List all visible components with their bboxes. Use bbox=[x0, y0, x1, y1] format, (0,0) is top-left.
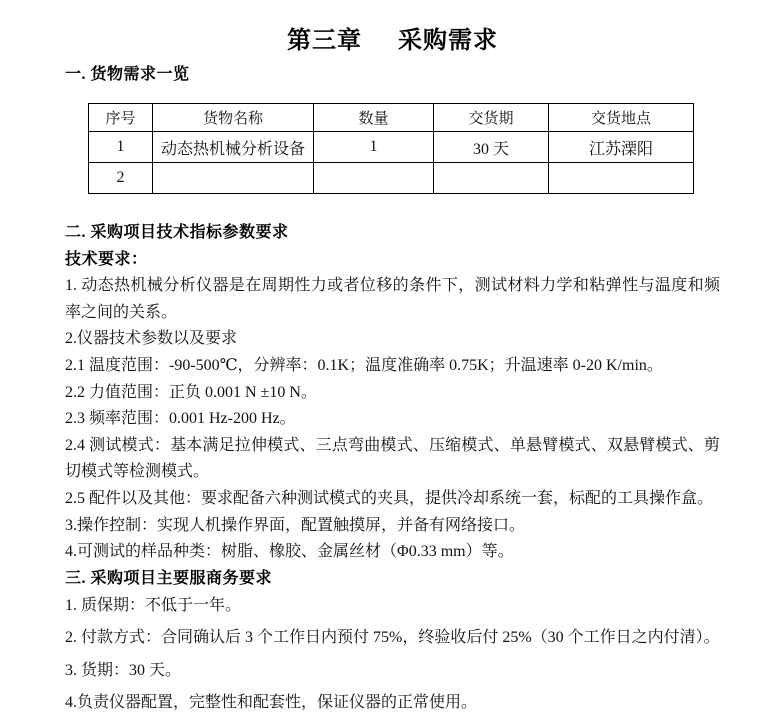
goods-demand-table: 序号 货物名称 数量 交货期 交货地点 1 动态热机械分析设备 1 30 天 江… bbox=[88, 103, 694, 194]
col-header-index: 序号 bbox=[89, 104, 153, 132]
chapter-name: 采购需求 bbox=[398, 24, 498, 58]
tech-item-4: 4.可测试的样品种类：树脂、橡胶、金属丝材（Φ0.33 mm）等。 bbox=[65, 539, 720, 566]
tech-item-2-4: 2.4 测试模式：基本满足拉伸模式、三点弯曲模式、压缩模式、单悬臂模式、双悬臂模… bbox=[65, 433, 720, 486]
cell-quantity bbox=[314, 163, 434, 194]
section3-heading: 三. 采购项目主要服商务要求 bbox=[65, 568, 720, 590]
cell-delivery-period: 30 天 bbox=[434, 132, 549, 163]
col-header-delivery-period: 交货期 bbox=[434, 104, 549, 132]
tech-item-2-1: 2.1 温度范围：-90-500℃，分辨率：0.1K；温度准确率 0.75K；升… bbox=[65, 353, 720, 380]
cell-delivery-place bbox=[549, 163, 694, 194]
tech-item-1: 1. 动态热机械分析仪器是在周期性力或者位移的条件下，测试材料力学和粘弹性与温度… bbox=[65, 273, 720, 326]
col-header-goods-name: 货物名称 bbox=[153, 104, 314, 132]
cell-goods-name bbox=[153, 163, 314, 194]
table-row: 1 动态热机械分析设备 1 30 天 江苏溧阳 bbox=[89, 132, 694, 163]
cell-index: 2 bbox=[89, 163, 153, 194]
col-header-quantity: 数量 bbox=[314, 104, 434, 132]
cell-goods-name: 动态热机械分析设备 bbox=[153, 132, 314, 163]
table-header-row: 序号 货物名称 数量 交货期 交货地点 bbox=[89, 104, 694, 132]
col-header-delivery-place: 交货地点 bbox=[549, 104, 694, 132]
technical-requirements-section: 二. 采购项目技术指标参数要求 技术要求： 1. 动态热机械分析仪器是在周期性力… bbox=[65, 220, 720, 566]
cell-delivery-period bbox=[434, 163, 549, 194]
section2-heading: 二. 采购项目技术指标参数要求 bbox=[65, 220, 720, 247]
tech-item-3: 3.操作控制：实现人机操作界面，配置触摸屏，并备有网络接口。 bbox=[65, 513, 720, 540]
document-page: 第三章 采购需求 一. 货物需求一览 序号 货物名称 数量 交货期 交货地点 1… bbox=[0, 0, 783, 720]
tech-item-2: 2.仪器技术参数以及要求 bbox=[65, 326, 720, 353]
commercial-item-1: 1. 质保期：不低于一年。 bbox=[65, 590, 720, 622]
cell-quantity: 1 bbox=[314, 132, 434, 163]
cell-delivery-place: 江苏溧阳 bbox=[549, 132, 694, 163]
table-row: 2 bbox=[89, 163, 694, 194]
section1-heading: 一. 货物需求一览 bbox=[65, 65, 720, 85]
tech-item-2-3: 2.3 频率范围：0.001 Hz-200 Hz。 bbox=[65, 406, 720, 433]
cell-index: 1 bbox=[89, 132, 153, 163]
commercial-item-3: 3. 货期：30 天。 bbox=[65, 655, 720, 687]
commercial-requirements-section: 三. 采购项目主要服商务要求 1. 质保期：不低于一年。 2. 付款方式：合同确… bbox=[65, 568, 720, 720]
chapter-title: 第三章 采购需求 bbox=[65, 24, 720, 58]
tech-item-2-5: 2.5 配件以及其他：要求配备六种测试模式的夹具，提供冷却系统一套，标配的工具操… bbox=[65, 486, 720, 513]
chapter-number: 第三章 bbox=[287, 24, 362, 58]
section2-subheading: 技术要求： bbox=[65, 247, 720, 274]
commercial-item-4: 4.负责仪器配置，完整性和配套性，保证仪器的正常使用。 bbox=[65, 687, 720, 719]
commercial-item-2: 2. 付款方式：合同确认后 3 个工作日内预付 75%，终验收后付 25%（30… bbox=[65, 622, 720, 654]
tech-item-2-2: 2.2 力值范围：正负 0.001 N ±10 N。 bbox=[65, 380, 720, 407]
